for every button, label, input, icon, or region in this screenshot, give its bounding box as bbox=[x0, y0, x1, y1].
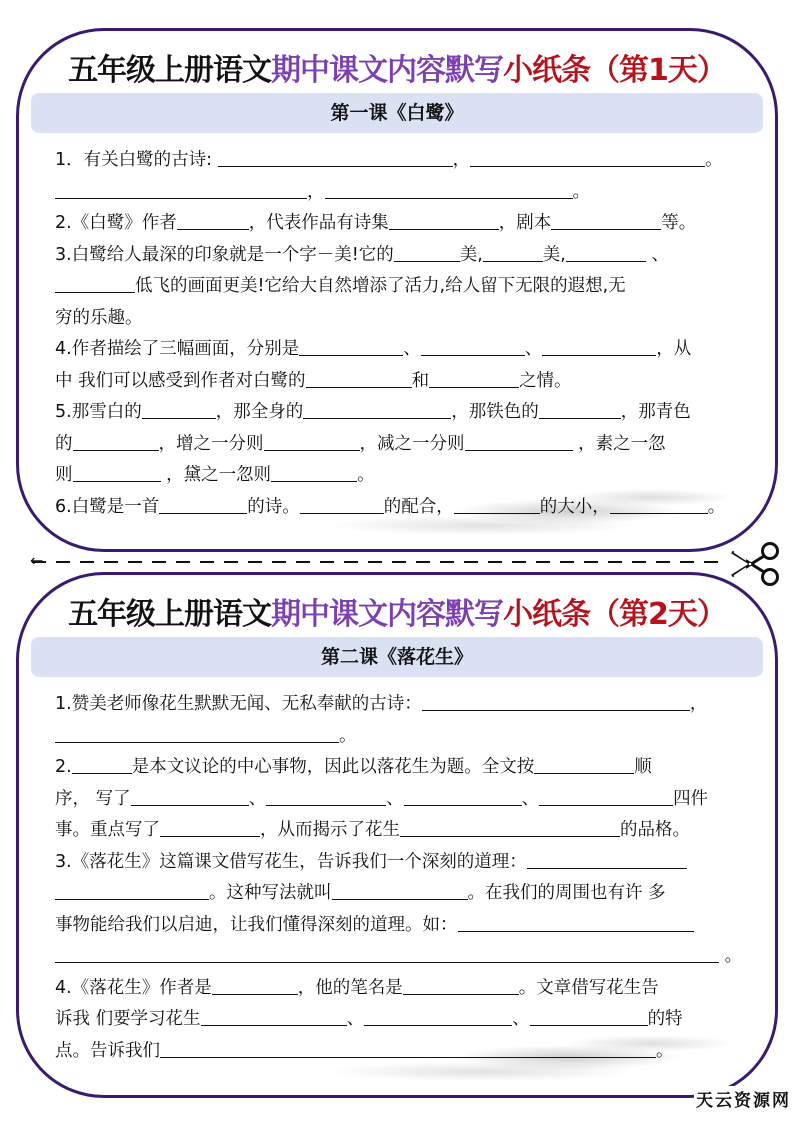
question-line: 。 bbox=[55, 721, 741, 753]
question-text: 事。重点写了 bbox=[55, 820, 160, 840]
answer-blank[interactable] bbox=[542, 336, 656, 356]
lesson-heading: 第二课《落花生》 bbox=[31, 637, 763, 677]
answer-blank[interactable] bbox=[429, 368, 519, 388]
dashed-cut-line bbox=[32, 561, 722, 563]
question-text: 的特 bbox=[648, 1009, 683, 1029]
answer-blank[interactable] bbox=[530, 1006, 648, 1026]
title-grade-subject: 五年级上册语文 bbox=[68, 597, 271, 632]
question-text: ，从 bbox=[656, 339, 691, 359]
question-text: 1.赞美老师像花生默默无闻、无私奉献的古诗： bbox=[55, 694, 422, 714]
question-text: 。 bbox=[708, 497, 726, 517]
question-text: 低飞的画面更美!它给大自然增添了活力,给人留下无限的遐想,无 bbox=[135, 276, 626, 296]
question-line: 3.白鹭给人最深的印象就是一个字－美!它的美,美, 、 bbox=[55, 240, 741, 272]
question-text: ， bbox=[307, 182, 325, 202]
answer-blank[interactable] bbox=[201, 1006, 347, 1026]
question-text: 事物能给我们以启迪，让我们懂得深刻的道理。如： bbox=[55, 915, 458, 935]
card-title: 五年级上册语文期中课文内容默写小纸条（第2天） bbox=[19, 589, 775, 633]
answer-blank[interactable] bbox=[266, 786, 386, 806]
question-text: 的品格。 bbox=[620, 820, 690, 840]
question-text: ，代表作品有诗集 bbox=[249, 213, 389, 233]
question-text: 则 bbox=[55, 465, 73, 485]
title-day: 小纸条（第2天） bbox=[503, 597, 726, 632]
answer-blank[interactable] bbox=[177, 210, 249, 230]
title-day: 小纸条（第1天） bbox=[503, 53, 726, 88]
title-exam-topic: 期中课文内容默写 bbox=[271, 597, 503, 632]
answer-blank[interactable] bbox=[403, 975, 519, 995]
answer-blank[interactable] bbox=[55, 179, 307, 199]
title-exam-topic: 期中课文内容默写 bbox=[271, 53, 503, 88]
question-text: 的诗。 bbox=[247, 497, 300, 517]
answer-blank[interactable] bbox=[551, 210, 661, 230]
question-text: 2.《白鹭》作者 bbox=[55, 213, 177, 233]
answer-blank[interactable] bbox=[325, 179, 573, 199]
question-text: 3.白鹭给人最深的印象就是一个字－美!它的 bbox=[55, 245, 394, 265]
answer-blank[interactable] bbox=[55, 273, 135, 293]
question-text: 的 bbox=[55, 434, 73, 454]
question-text: 、 bbox=[525, 339, 543, 359]
question-list: 1．有关白鹭的古诗: ，。，。2.《白鹭》作者，代表作品有诗集，剧本等。3.白鹭… bbox=[55, 145, 741, 523]
question-text: 。文章借写花生告 bbox=[519, 978, 659, 998]
answer-blank[interactable] bbox=[72, 754, 132, 774]
question-text: 。 bbox=[573, 182, 591, 202]
answer-blank[interactable] bbox=[271, 462, 357, 482]
question-text: 诉我 们要学习花生 bbox=[55, 1009, 201, 1029]
question-line: 则 ，黛之一忽则。 bbox=[55, 460, 741, 492]
question-text: 、 bbox=[646, 245, 669, 265]
question-text: ，从而揭示了花生 bbox=[260, 820, 400, 840]
question-line: 4.作者描绘了三幅画面，分别是、、，从 bbox=[55, 334, 741, 366]
answer-blank[interactable] bbox=[212, 975, 298, 995]
question-line: 1.赞美老师像花生默默无闻、无私奉献的古诗：， bbox=[55, 689, 741, 721]
answer-blank[interactable] bbox=[454, 494, 540, 514]
question-text: 、 bbox=[512, 1009, 530, 1029]
question-text: 之情。 bbox=[519, 371, 572, 391]
answer-blank[interactable] bbox=[55, 880, 209, 900]
question-text: 是本文议论的中心事物，因此以落花生为题。全文按 bbox=[132, 757, 535, 777]
lesson-heading: 第一课《白鹭》 bbox=[31, 93, 763, 133]
answer-blank[interactable] bbox=[534, 754, 634, 774]
watermark: 天云资源网 bbox=[694, 1086, 793, 1111]
question-line: 事。重点写了，从而揭示了花生的品格。 bbox=[55, 815, 741, 847]
question-text: 、 bbox=[522, 789, 540, 809]
answer-blank[interactable] bbox=[264, 431, 360, 451]
answer-blank[interactable] bbox=[527, 849, 687, 869]
answer-blank[interactable] bbox=[131, 786, 249, 806]
question-text: ， bbox=[690, 694, 708, 714]
question-text: 、 bbox=[386, 789, 404, 809]
answer-blank[interactable] bbox=[73, 462, 161, 482]
answer-blank[interactable] bbox=[404, 786, 522, 806]
question-text: 。 bbox=[656, 1041, 674, 1061]
question-text: 四件 bbox=[673, 789, 708, 809]
question-text: 点。告诉我们 bbox=[55, 1041, 160, 1061]
answer-blank[interactable] bbox=[332, 880, 468, 900]
answer-blank[interactable] bbox=[539, 786, 673, 806]
question-text: 。 bbox=[705, 150, 723, 170]
answer-blank[interactable] bbox=[539, 399, 621, 419]
answer-blank[interactable] bbox=[73, 431, 159, 451]
question-text: 。 bbox=[357, 465, 375, 485]
answer-blank[interactable] bbox=[218, 147, 453, 167]
question-text: 等。 bbox=[661, 213, 696, 233]
answer-blank[interactable] bbox=[566, 242, 646, 262]
question-text: 。 bbox=[339, 726, 357, 746]
question-line: 。 bbox=[55, 941, 741, 973]
question-text: ，剧本 bbox=[499, 213, 552, 233]
answer-blank[interactable] bbox=[470, 147, 705, 167]
question-line: 点。告诉我们。 bbox=[55, 1036, 741, 1068]
question-text: ，增之一分则 bbox=[159, 434, 264, 454]
question-text: 6.白鹭是一首 bbox=[55, 497, 159, 517]
answer-blank[interactable] bbox=[55, 943, 719, 963]
question-line: 事物能给我们以启迪，让我们懂得深刻的道理。如： bbox=[55, 910, 741, 942]
answer-blank[interactable] bbox=[300, 494, 384, 514]
question-text: 、 bbox=[249, 789, 267, 809]
worksheet-card-day-2: 五年级上册语文期中课文内容默写小纸条（第2天） 第二课《落花生》 1.赞美老师像… bbox=[16, 572, 778, 1098]
question-text: ， bbox=[453, 150, 471, 170]
question-text: ，素之一忽 bbox=[573, 434, 666, 454]
question-text: 美, bbox=[460, 245, 483, 265]
question-text: ，他的笔名是 bbox=[298, 978, 403, 998]
answer-blank[interactable] bbox=[303, 399, 451, 419]
question-text: 5.那雪白的 bbox=[55, 402, 142, 422]
answer-blank[interactable] bbox=[364, 1006, 512, 1026]
question-line: 5.那雪白的，那全身的，那铁色的，那青色 bbox=[55, 397, 741, 429]
question-text: 顺 bbox=[634, 757, 652, 777]
question-text: 的大小， bbox=[540, 497, 610, 517]
answer-blank[interactable] bbox=[458, 912, 694, 932]
answer-blank[interactable] bbox=[483, 242, 543, 262]
answer-blank[interactable] bbox=[394, 242, 460, 262]
answer-blank[interactable] bbox=[465, 431, 573, 451]
question-text: 穷的乐趣。 bbox=[55, 308, 143, 328]
question-line: 低飞的画面更美!它给大自然增添了活力,给人留下无限的遐想,无 bbox=[55, 271, 741, 303]
question-text: 3.《落花生》这篇课文借写花生，告诉我们一个深刻的道理： bbox=[55, 852, 527, 872]
question-text: 的配合， bbox=[384, 497, 454, 517]
question-line: 4.《落花生》作者是，他的笔名是。文章借写花生告 bbox=[55, 973, 741, 1005]
answer-blank[interactable] bbox=[400, 817, 620, 837]
answer-blank[interactable] bbox=[610, 494, 708, 514]
answer-blank[interactable] bbox=[422, 691, 690, 711]
question-line: 穷的乐趣。 bbox=[55, 303, 741, 335]
question-text: 。这种写法就叫 bbox=[209, 883, 332, 903]
question-line: 3.《落花生》这篇课文借写花生，告诉我们一个深刻的道理： bbox=[55, 847, 741, 879]
question-line: 2.《白鹭》作者，代表作品有诗集，剧本等。 bbox=[55, 208, 741, 240]
worksheet-card-day-1: 五年级上册语文期中课文内容默写小纸条（第1天） 第一课《白鹭》 1．有关白鹭的古… bbox=[16, 28, 778, 552]
question-text: ，减之一分则 bbox=[360, 434, 465, 454]
question-text: 4.作者描绘了三幅画面，分别是 bbox=[55, 339, 299, 359]
question-text: 美, bbox=[543, 245, 566, 265]
question-text: 4.《落花生》作者是 bbox=[55, 978, 212, 998]
answer-blank[interactable] bbox=[299, 336, 403, 356]
answer-blank[interactable] bbox=[55, 723, 339, 743]
scissors-icon bbox=[728, 540, 784, 588]
question-text: ，那全身的 bbox=[216, 402, 304, 422]
question-text: 。 bbox=[719, 946, 742, 966]
answer-blank[interactable] bbox=[159, 494, 247, 514]
question-text: 1．有关白鹭的古诗: bbox=[55, 150, 218, 170]
question-line: 。这种写法就叫。在我们的周围也有许 多 bbox=[55, 878, 741, 910]
title-grade-subject: 五年级上册语文 bbox=[68, 53, 271, 88]
answer-blank[interactable] bbox=[421, 336, 525, 356]
answer-blank[interactable] bbox=[389, 210, 499, 230]
question-text: 和 bbox=[412, 371, 430, 391]
question-line: 序， 写了、、、四件 bbox=[55, 784, 741, 816]
question-line: ，。 bbox=[55, 177, 741, 209]
question-line: 1．有关白鹭的古诗: ，。 bbox=[55, 145, 741, 177]
question-line: 的，增之一分则，减之一分则 ，素之一忽 bbox=[55, 429, 741, 461]
question-text: ，那铁色的 bbox=[451, 402, 539, 422]
question-text: 中 我们可以感受到作者对白鹭的 bbox=[55, 371, 306, 391]
answer-blank[interactable] bbox=[142, 399, 216, 419]
question-text: 序， 写了 bbox=[55, 789, 131, 809]
answer-blank[interactable] bbox=[160, 1038, 656, 1058]
question-text: ，那青色 bbox=[621, 402, 691, 422]
question-text: 、 bbox=[347, 1009, 365, 1029]
question-line: 2.是本文议论的中心事物，因此以落花生为题。全文按顺 bbox=[55, 752, 741, 784]
answer-blank[interactable] bbox=[306, 368, 412, 388]
question-line: 诉我 们要学习花生、、的特 bbox=[55, 1004, 741, 1036]
question-list: 1.赞美老师像花生默默无闻、无私奉献的古诗：，。2.是本文议论的中心事物，因此以… bbox=[55, 689, 741, 1067]
question-text: ，黛之一忽则 bbox=[161, 465, 272, 485]
question-text: 2. bbox=[55, 757, 72, 777]
question-line: 6.白鹭是一首的诗。的配合，的大小，。 bbox=[55, 492, 741, 524]
question-text: 。在我们的周围也有许 多 bbox=[468, 883, 666, 903]
question-text: 、 bbox=[403, 339, 421, 359]
question-line: 中 我们可以感受到作者对白鹭的和之情。 bbox=[55, 366, 741, 398]
card-title: 五年级上册语文期中课文内容默写小纸条（第1天） bbox=[19, 45, 775, 89]
answer-blank[interactable] bbox=[160, 817, 260, 837]
